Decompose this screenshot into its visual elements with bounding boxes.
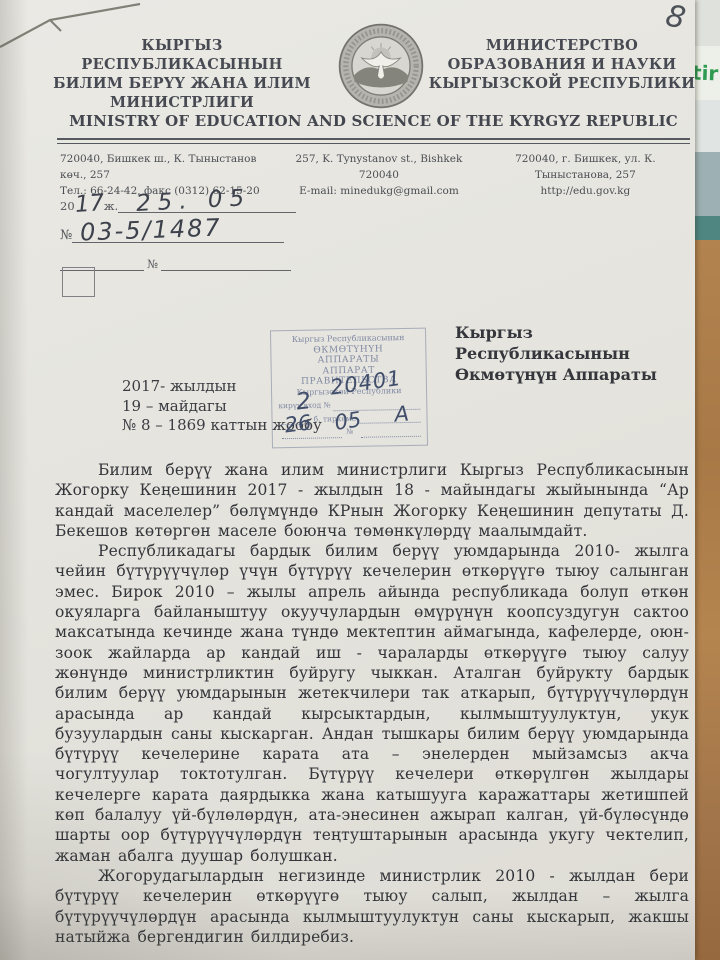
stamp-handwritten-count: 2 <box>296 396 312 408</box>
ministry-title-english: MINISTRY OF EDUCATION AND SCIENCE OF THE… <box>55 112 692 130</box>
title-line: МИНИСТРЛИГИ <box>48 93 316 112</box>
header-divider <box>57 138 690 144</box>
date-row: 20 17 ж. 25. 05 <box>60 192 300 213</box>
stamp-handwritten-day: 26 <box>284 417 312 431</box>
paragraph: Билим берүү жана илим министрлиги Кыргыз… <box>55 460 689 541</box>
title-line: КЫРГЫЗСКОЙ РЕСПУБЛИКИ <box>428 74 696 93</box>
ministry-title-kyrgyz: КЫРГЫЗ РЕСПУБЛИКАСЫНЫН БИЛИМ БЕРҮҮ ЖАНА … <box>48 36 316 112</box>
stamp-handwritten-month: 05 <box>334 414 362 429</box>
ministry-title-russian: МИНИСТЕРСТВО ОБРАЗОВАНИЯ И НАУКИ КЫРГЫЗС… <box>428 36 696 93</box>
address-line: 720040, Бишкек ш., К. Тыныстанов көч., 2… <box>60 151 282 183</box>
registration-block: 20 17 ж. 25. 05 № 03-5/1487 № <box>60 192 300 271</box>
address-line: 257, K. Tynystanov st., Bishkek 720040 <box>282 151 476 183</box>
recipient-block: Кыргыз Республикасынын Өкмөтүнүн Аппарат… <box>455 322 710 385</box>
address-line: 720040, г. Бишкек, ул. К. Тыныстанова, 2… <box>476 151 695 183</box>
number-label: № <box>60 228 72 243</box>
stamp-dotted-line <box>360 428 421 437</box>
contact-russian: 720040, г. Бишкек, ул. К. Тыныстанова, 2… <box>476 151 695 199</box>
title-line: КЫРГЫЗ РЕСПУБЛИКАСЫНЫН <box>48 36 316 74</box>
email-line: E-mail: minedukg@gmail.com <box>282 183 476 199</box>
handwritten-page-number: 8 <box>663 0 689 37</box>
reply-row: № <box>60 257 300 271</box>
checkbox-square <box>62 267 95 297</box>
incoming-stamp: Кыргыз Республикасынын ӨКМӨТҮНҮН АППАРАТ… <box>270 328 428 449</box>
date-blank-line: 25. 05 <box>118 192 296 213</box>
paragraph: Республикадагы бардык билим берүү уюмдар… <box>55 541 689 866</box>
number-row: № 03-5/1487 <box>60 222 300 243</box>
stamp-handwritten-entry-number: 20401 <box>330 373 403 393</box>
contact-english: 257, K. Tynystanov st., Bishkek 720040 E… <box>282 151 476 199</box>
title-line: БИЛИМ БЕРҮҮ ЖАНА ИЛИМ <box>48 74 316 93</box>
year-suffix: ж. <box>104 199 118 213</box>
number-blank-line: 03-5/1487 <box>72 222 284 243</box>
kyrgyz-state-emblem-icon <box>337 20 425 112</box>
handwritten-date: 25. 05 <box>136 189 252 213</box>
reply-number-label: № <box>147 257 158 271</box>
title-line: ОБРАЗОВАНИЯ И НАУКИ <box>428 55 696 74</box>
stamp-dotted-line <box>359 415 420 424</box>
recipient-line: Кыргыз Республикасынын <box>455 322 710 364</box>
reply-number-blank-line <box>161 258 291 271</box>
recipient-line: Өкмөтүнүн Аппараты <box>455 364 710 385</box>
stamp-handwritten-initial: А <box>394 408 409 420</box>
handwritten-number: 03-5/1487 <box>80 220 222 241</box>
paragraph: Жогорудагылардын негизинде министрлик 20… <box>55 866 689 947</box>
handwritten-year: 17 <box>74 194 104 214</box>
title-line: МИНИСТЕРСТВО <box>428 36 696 55</box>
website-line: http://edu.gov.kg <box>476 183 695 199</box>
year-prefix: 20 <box>60 199 75 213</box>
letter-body: Билим берүү жана илим министрлиги Кыргыз… <box>55 460 689 947</box>
letter-sheet: 8 КЫРГЫЗ РЕСПУБЛИКАСЫНЫН БИЛИМ БЕРҮҮ ЖАН… <box>0 0 695 960</box>
document-photo: tir 8 КЫРГЫЗ РЕСПУБЛИКАСЫНЫН БИЛИМ БЕРҮҮ… <box>0 0 720 960</box>
